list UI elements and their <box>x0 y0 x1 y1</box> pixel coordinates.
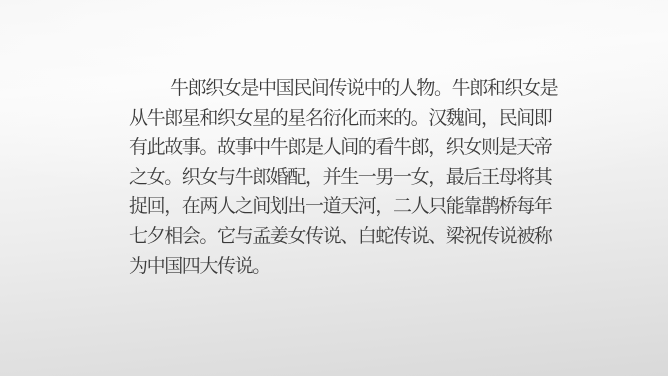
paragraph-line: 捉回，在两人之间划出一道天河，二人只能靠鹊桥每年 <box>129 192 581 222</box>
paragraph-line: 七夕相会。它与孟姜女传说、白蛇传说、梁祝传说被称 <box>129 222 581 252</box>
body-text-paragraph: 牛郎织女是中国民间传说中的人物。牛郎和织女是 从牛郎星和织女星的星名衍化而来的。… <box>129 74 581 281</box>
paragraph-line: 有此故事。故事中牛郎是人间的看牛郎，织女则是天帝 <box>129 133 581 163</box>
paragraph-line: 从牛郎星和织女星的星名衍化而来的。汉魏间，民间即 <box>129 104 581 134</box>
paragraph-line: 牛郎织女是中国民间传说中的人物。牛郎和织女是 <box>129 74 581 104</box>
slide-canvas: 牛郎织女是中国民间传说中的人物。牛郎和织女是 从牛郎星和织女星的星名衍化而来的。… <box>0 0 668 376</box>
paragraph-line: 之女。织女与牛郎婚配，并生一男一女，最后王母将其 <box>129 163 581 193</box>
paragraph-line: 为中国四大传说。 <box>129 252 581 282</box>
